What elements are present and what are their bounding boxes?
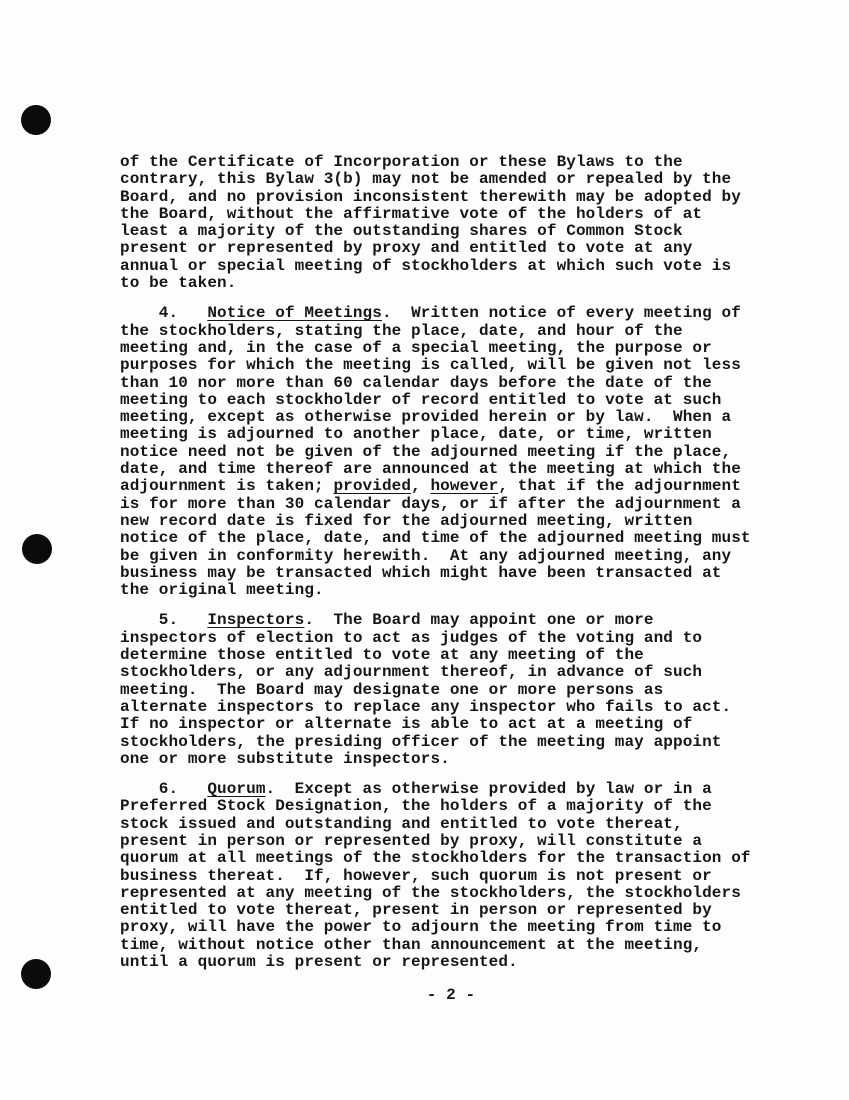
text-segment: annual or special meeting of stockholder… [120, 257, 731, 275]
text-line: meeting to each stockholder of record en… [120, 392, 782, 409]
text-line: of the Certificate of Incorporation or t… [120, 154, 782, 171]
text-segment: new record date is fixed for the adjourn… [120, 512, 692, 530]
text-line: annual or special meeting of stockholder… [120, 258, 782, 275]
text-segment: is for more than 30 calendar days, or if… [120, 495, 741, 513]
text-segment: contrary, this Bylaw 3(b) may not be ame… [120, 170, 731, 188]
text-line: If no inspector or alternate is able to … [120, 716, 782, 733]
text-line: quorum at all meetings of the stockholde… [120, 850, 782, 867]
text-segment: meeting, except as otherwise provided he… [120, 408, 731, 426]
text-line: time, without notice other than announce… [120, 937, 782, 954]
underlined-text-segment: Quorum [207, 780, 265, 798]
text-segment: the stockholders, stating the place, dat… [120, 322, 683, 340]
text-line: proxy, will have the power to adjourn th… [120, 919, 782, 936]
text-segment: date, and time thereof are announced at … [120, 460, 741, 478]
text-line: contrary, this Bylaw 3(b) may not be ame… [120, 171, 782, 188]
page-number: - 2 - [120, 987, 782, 1004]
text-segment: Preferred Stock Designation, the holders… [120, 797, 712, 815]
text-segment: stockholders, the presiding officer of t… [120, 733, 722, 751]
text-segment: 6. [120, 780, 207, 798]
text-segment: determine those entitled to vote at any … [120, 646, 644, 664]
underlined-text-segment: however [430, 477, 498, 495]
text-segment: meeting and, in the case of a special me… [120, 339, 712, 357]
text-segment: entitled to vote thereat, present in per… [120, 901, 712, 919]
text-segment: notice need not be given of the adjourne… [120, 443, 731, 461]
text-segment: meeting to each stockholder of record en… [120, 391, 722, 409]
text-line: new record date is fixed for the adjourn… [120, 513, 782, 530]
text-line: meeting, except as otherwise provided he… [120, 409, 782, 426]
hole-punch-icon [21, 959, 51, 989]
text-line: 6. Quorum. Except as otherwise provided … [120, 781, 782, 798]
text-line: one or more substitute inspectors. [120, 751, 782, 768]
text-line: notice need not be given of the adjourne… [120, 444, 782, 461]
scanned-bylaws-page: of the Certificate of Incorporation or t… [0, 0, 849, 1100]
text-line: the stockholders, stating the place, dat… [120, 323, 782, 340]
text-segment: . The Board may appoint one or more [304, 611, 653, 629]
text-segment: alternate inspectors to replace any insp… [120, 698, 731, 716]
text-line: entitled to vote thereat, present in per… [120, 902, 782, 919]
text-line: inspectors of election to act as judges … [120, 630, 782, 647]
text-segment: 5. [120, 611, 207, 629]
text-line: alternate inspectors to replace any insp… [120, 699, 782, 716]
text-segment: . Written notice of every meeting of [382, 304, 741, 322]
text-segment: stock issued and outstanding and entitle… [120, 815, 683, 833]
section-6-quorum: 6. Quorum. Except as otherwise provided … [120, 781, 782, 971]
text-segment: . Except as otherwise provided by law or… [266, 780, 712, 798]
text-line: date, and time thereof are announced at … [120, 461, 782, 478]
text-line: than 10 nor more than 60 calendar days b… [120, 375, 782, 392]
section-5-inspectors: 5. Inspectors. The Board may appoint one… [120, 612, 782, 768]
text-line: determine those entitled to vote at any … [120, 647, 782, 664]
underlined-text-segment: Notice of Meetings [207, 304, 382, 322]
underlined-text-segment: provided [333, 477, 411, 495]
text-line: stock issued and outstanding and entitle… [120, 816, 782, 833]
hole-punch-icon [22, 534, 52, 564]
text-segment: present in person or represented by prox… [120, 832, 702, 850]
text-line: present in person or represented by prox… [120, 833, 782, 850]
text-segment: one or more substitute inspectors. [120, 750, 450, 768]
text-line: 5. Inspectors. The Board may appoint one… [120, 612, 782, 629]
text-segment: stockholders, or any adjournment thereof… [120, 663, 702, 681]
text-segment: be given in conformity herewith. At any … [120, 547, 731, 565]
text-segment: notice of the place, date, and time of t… [120, 529, 751, 547]
text-line: meeting is adjourned to another place, d… [120, 426, 782, 443]
text-line: business may be transacted which might h… [120, 565, 782, 582]
text-segment: business thereat. If, however, such quor… [120, 867, 712, 885]
bylaw-3b-continuation-paragraph: of the Certificate of Incorporation or t… [120, 154, 782, 292]
text-line: until a quorum is present or represented… [120, 954, 782, 971]
text-line: 4. Notice of Meetings. Written notice of… [120, 305, 782, 322]
text-segment: least a majority of the outstanding shar… [120, 222, 683, 240]
text-segment: the original meeting. [120, 581, 324, 599]
hole-punch-icon [21, 105, 51, 135]
text-line: present or represented by proxy and enti… [120, 240, 782, 257]
text-line: meeting and, in the case of a special me… [120, 340, 782, 357]
document-body: of the Certificate of Incorporation or t… [120, 154, 782, 1005]
text-segment: , [411, 477, 430, 495]
text-segment: business may be transacted which might h… [120, 564, 722, 582]
text-line: stockholders, the presiding officer of t… [120, 734, 782, 751]
underlined-text-segment: Inspectors [207, 611, 304, 629]
text-line: purposes for which the meeting is called… [120, 357, 782, 374]
text-line: the original meeting. [120, 582, 782, 599]
text-line: stockholders, or any adjournment thereof… [120, 664, 782, 681]
text-segment: Board, and no provision inconsistent the… [120, 188, 741, 206]
text-segment: than 10 nor more than 60 calendar days b… [120, 374, 712, 392]
text-segment: present or represented by proxy and enti… [120, 239, 692, 257]
text-line: meeting. The Board may designate one or … [120, 682, 782, 699]
text-line: is for more than 30 calendar days, or if… [120, 496, 782, 513]
text-line: notice of the place, date, and time of t… [120, 530, 782, 547]
text-line: Board, and no provision inconsistent the… [120, 189, 782, 206]
text-segment: represented at any meeting of the stockh… [120, 884, 741, 902]
text-line: Preferred Stock Designation, the holders… [120, 798, 782, 815]
text-segment: If no inspector or alternate is able to … [120, 715, 692, 733]
text-line: to be taken. [120, 275, 782, 292]
text-segment: inspectors of election to act as judges … [120, 629, 702, 647]
text-segment: the Board, without the affirmative vote … [120, 205, 702, 223]
text-segment: to be taken. [120, 274, 236, 292]
text-line: adjournment is taken; provided, however,… [120, 478, 782, 495]
text-line: business thereat. If, however, such quor… [120, 868, 782, 885]
text-segment: until a quorum is present or represented… [120, 953, 518, 971]
text-line: represented at any meeting of the stockh… [120, 885, 782, 902]
text-segment: of the Certificate of Incorporation or t… [120, 153, 683, 171]
text-segment: purposes for which the meeting is called… [120, 356, 741, 374]
text-line: be given in conformity herewith. At any … [120, 548, 782, 565]
text-segment: meeting. The Board may designate one or … [120, 681, 663, 699]
text-segment: meeting is adjourned to another place, d… [120, 425, 712, 443]
text-line: least a majority of the outstanding shar… [120, 223, 782, 240]
text-segment: quorum at all meetings of the stockholde… [120, 849, 751, 867]
text-segment: proxy, will have the power to adjourn th… [120, 918, 722, 936]
section-4-notice-of-meetings: 4. Notice of Meetings. Written notice of… [120, 305, 782, 599]
text-segment: 4. [120, 304, 207, 322]
text-line: the Board, without the affirmative vote … [120, 206, 782, 223]
text-segment: time, without notice other than announce… [120, 936, 702, 954]
text-segment: , that if the adjournment [498, 477, 741, 495]
text-segment: adjournment is taken; [120, 477, 333, 495]
